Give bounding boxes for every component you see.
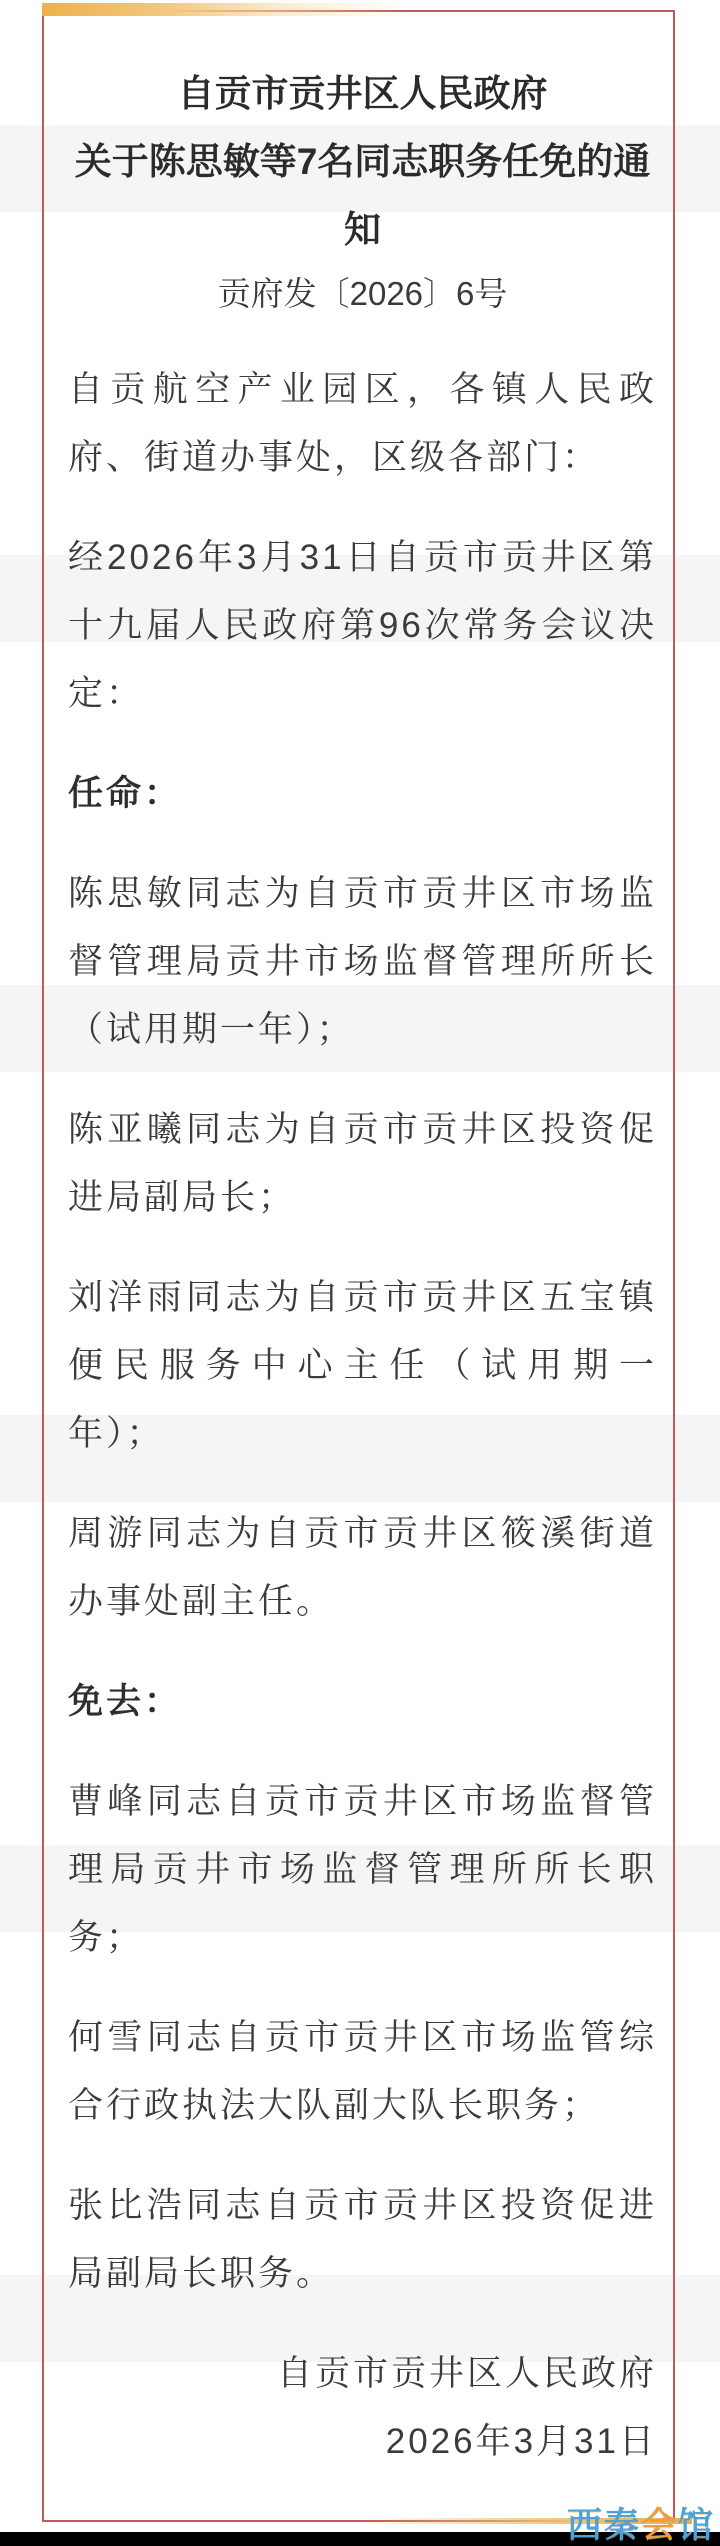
signature-date: 2026年3月31日 (68, 2408, 657, 2476)
watermark-char-3: 会 (641, 2506, 678, 2545)
appoint-item-3: 刘洋雨同志为自贡市贡井区五宝镇便民服务中心主任（试用期一年）； (68, 1264, 657, 1468)
notice-content: 自贡市贡井区人民政府 关于陈思敏等7名同志职务任免的通知 贡府发〔2026〕6号… (44, 12, 673, 2476)
notice-title-org: 自贡市贡井区人民政府 (68, 60, 657, 128)
signature-org: 自贡市贡井区人民政府 (68, 2340, 657, 2408)
signature-block: 自贡市贡井区人民政府 2026年3月31日 (68, 2340, 657, 2476)
remove-item-2: 何雪同志自贡市贡井区市场监管综合行政执法大队副大队长职务； (68, 2004, 657, 2140)
salutation: 自贡航空产业园区，各镇人民政府、街道办事处，区级各部门： (68, 356, 657, 492)
gold-accent-top (42, 3, 482, 16)
remove-item-1: 曹峰同志自贡市贡井区市场监督管理局贡井市场监督管理所所长职务； (68, 1768, 657, 1972)
red-border-frame: 自贡市贡井区人民政府 关于陈思敏等7名同志职务任免的通知 贡府发〔2026〕6号… (42, 10, 675, 2522)
notice-title-subject: 关于陈思敏等7名同志职务任免的通知 (68, 128, 657, 264)
appoint-item-1: 陈思敏同志为自贡市贡井区市场监督管理局贡井市场监督管理所所长（试用期一年）； (68, 860, 657, 1064)
appoint-item-2: 陈亚曦同志为自贡市贡井区投资促进局副局长； (68, 1096, 657, 1232)
doc-number: 贡府发〔2026〕6号 (68, 264, 657, 324)
site-watermark: 西秦会馆 (567, 2508, 715, 2543)
watermark-char-2: 秦 (604, 2506, 641, 2545)
section-heading-remove: 免去： (68, 1668, 657, 1736)
section-heading-appoint: 任命： (68, 760, 657, 828)
preamble: 经2026年3月31日自贡市贡井区第十九届人民政府第96次常务会议决定： (68, 524, 657, 728)
appoint-item-4: 周游同志为自贡市贡井区筱溪街道办事处副主任。 (68, 1500, 657, 1636)
watermark-char-4: 馆 (678, 2506, 715, 2545)
watermark-char-1: 西 (567, 2506, 604, 2545)
remove-item-3: 张比浩同志自贡市贡井区投资促进局副局长职务。 (68, 2172, 657, 2308)
notice-page: { "document": { "title_org": "自贡市贡井区人民政府… (0, 0, 720, 2546)
